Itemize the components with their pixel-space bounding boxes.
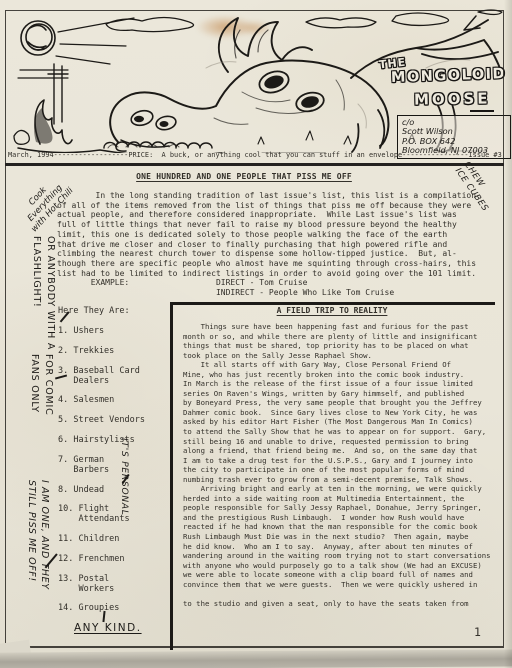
masthead-price: PRICE: A buck, or anything cool that you…: [128, 151, 402, 159]
article-heading: A FIELD TRIP TO REALITY: [182, 306, 482, 315]
scan-right-shade: [504, 0, 512, 668]
note-any-kind: ANY KIND.: [74, 622, 142, 634]
list-items: 1. Ushers 2. Trekkies 3. Baseball Card D…: [58, 327, 145, 614]
note-postal-worker: I AM ONE, AND THEY STILL PISS ME OFF!: [25, 480, 51, 590]
note-comic-fans: FOR COMIC FANS ONLY: [28, 354, 55, 416]
masthead-issue: Issue #3: [469, 151, 502, 159]
masthead-date: March, 1994: [8, 151, 54, 159]
masthead-dashes-right: ----------------: [402, 151, 468, 159]
masthead: March, 1994------------------PRICE: A bu…: [8, 151, 508, 159]
zine-page: THE MONGOLOID MOOSE c/o Scott Wilson P.O…: [0, 0, 512, 668]
masthead-dashes-left: ------------------: [54, 151, 129, 159]
section-heading-101-people: ONE HUNDRED AND ONE PEOPLE THAT PISS ME …: [58, 172, 430, 181]
page-number: 1: [474, 625, 481, 639]
article-body: Things sure have been happening fast and…: [183, 322, 491, 608]
intro-paragraph: In the long standing tradition of last i…: [57, 191, 476, 298]
note-flashlight: OR ANYBODY WITH A FLASHLIGHT!: [30, 236, 57, 350]
scan-bottom-edge: [0, 649, 512, 668]
